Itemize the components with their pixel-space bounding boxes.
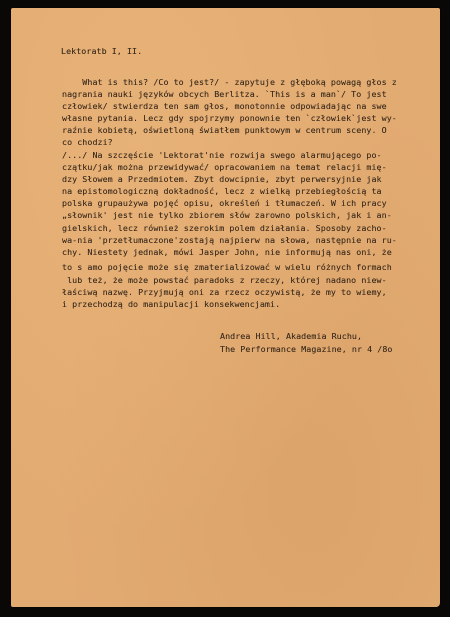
scanned-document-page: Lektoratb I, II. What is this? /Co to je… [11, 8, 440, 607]
body-line: dzy Słowem a Przedmiotem. Zbyt dowcipnie… [62, 173, 382, 185]
body-line: na epistomologiczną dokładność, lecz z w… [62, 185, 382, 197]
body-line: polska grupaużywa pojęć opisu, określeń … [62, 197, 387, 209]
body-line: lub też, że może powstać paradoks z rzec… [62, 274, 387, 286]
body-line: co chodzi? [62, 136, 113, 148]
signature-author: Andrea Hill, Akademia Ruchu, [220, 330, 362, 342]
body-line: raźnie kobietą, oświetloną światłem punk… [62, 124, 387, 136]
body-line: /.../ Na szczęście 'Lektorat'nie rozwija… [62, 149, 382, 161]
body-line: to s amo pojęcie może się zmaterializowa… [62, 261, 392, 273]
body-line: własne pytania. Lecz gdy spojrzymy ponow… [62, 112, 397, 124]
body-line: wa-nia 'przetłumaczone'zostają najpierw … [62, 234, 397, 246]
body-line: czątku/jak można przewidywać/ opracowani… [62, 161, 387, 173]
body-line: chy. Niestety jednak, mówi Jasper John, … [62, 246, 392, 258]
document-heading: Lektoratb I, II. [61, 45, 142, 57]
signature-source: The Performance Magazine, nr 4 /8o [220, 343, 393, 355]
body-line: i przechodzą do manipulacji konsekwencja… [62, 298, 280, 310]
body-line: człowiek/ stwierdza ten sam głos, monoto… [62, 100, 387, 112]
body-line: What is this? /Co to jest?/ - zapytuje z… [62, 76, 397, 88]
body-line: gielskich, lecz również szerokim polem d… [62, 222, 387, 234]
body-line: „słownik' jest nie tylko zbiorem słów za… [62, 209, 392, 221]
body-line: nagrania nauki języków obcych Berlitza. … [62, 88, 387, 100]
body-line: łaściwą nazwę. Przyjmują oni za rzecz oc… [62, 286, 387, 298]
